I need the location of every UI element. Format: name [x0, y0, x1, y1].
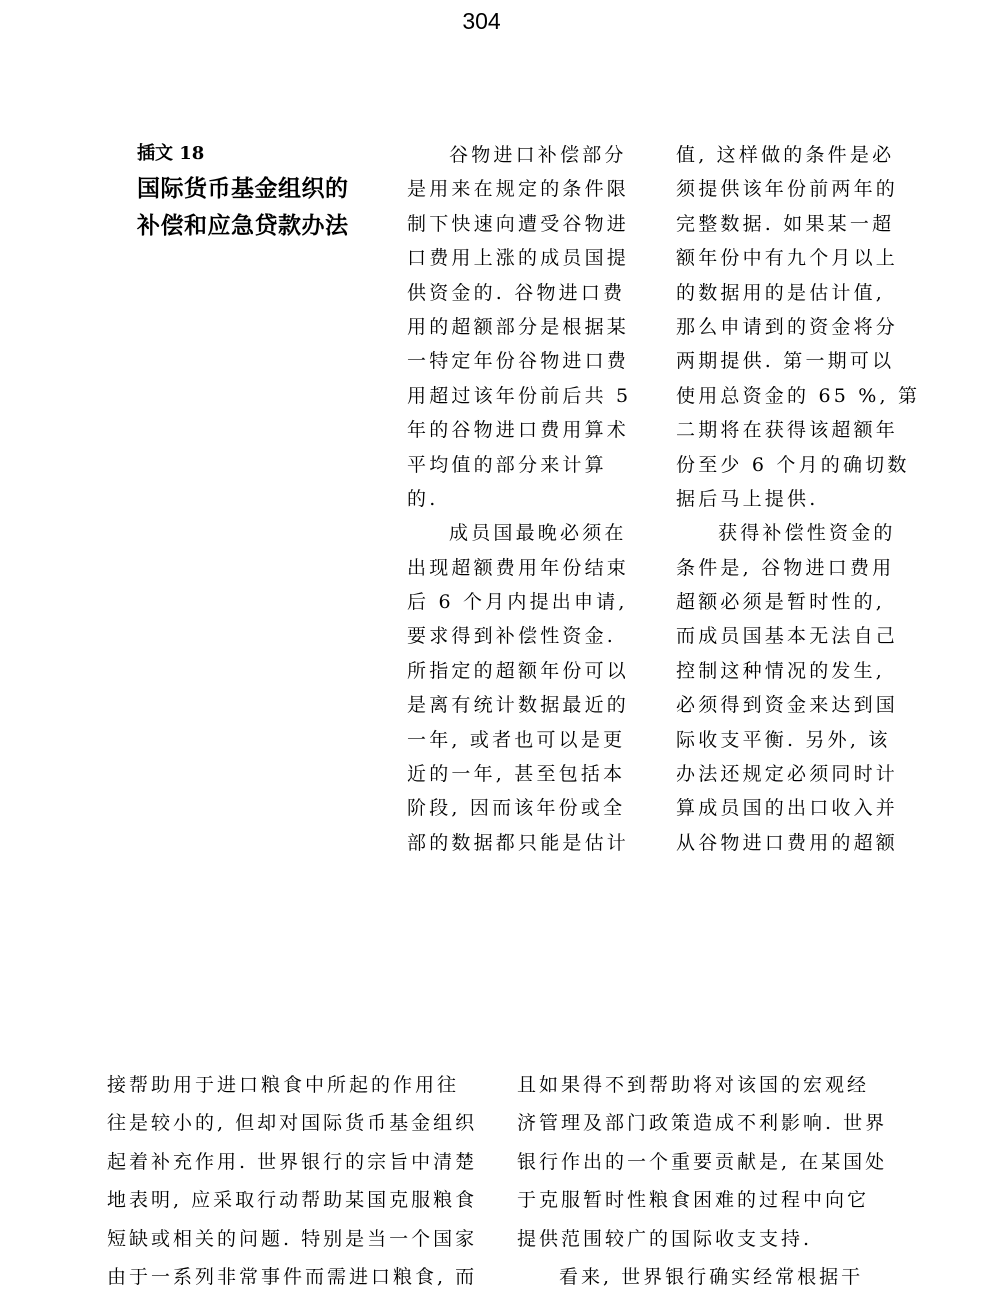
box-text-line: 的数据用的是估计值, — [676, 276, 906, 310]
box-text-line: 必须得到资金来达到国 — [676, 688, 906, 722]
page-number: 304 — [0, 8, 963, 35]
box-text-line: 要求得到补偿性资金. — [407, 619, 637, 653]
box-text-line: 办法还规定必须同时计 — [676, 757, 906, 791]
body-text-line: 银行作出的一个重要贡献是, 在某国处 — [517, 1143, 887, 1181]
box-text-line: 的. — [407, 482, 637, 516]
box-text-line: 阶段, 因而该年份或全 — [407, 791, 637, 825]
box-text-line: 用的超额部分是根据某 — [407, 310, 637, 344]
box-text-line: 那么申请到的资金将分 — [676, 310, 906, 344]
box-title-line-2: 补偿和应急贷款办法 — [137, 208, 397, 245]
box-text-line: 使用总资金的 65 %, 第 — [676, 379, 906, 413]
box-text-line: 供资金的. 谷物进口费 — [407, 276, 637, 310]
box-text-line: 部的数据都只能是估计 — [407, 826, 637, 860]
box-column-b: 值, 这样做的条件是必须提供该年份前两年的完整数据. 如果某一超额年份中有九个月… — [676, 138, 906, 860]
body-column-right: 且如果得不到帮助将对该国的宏观经济管理及部门政策造成不利影响. 世界银行作出的一… — [517, 1066, 887, 1296]
body-text-line: 起着补充作用. 世界银行的宗旨中清楚 — [107, 1143, 477, 1181]
body-text-line: 短缺或相关的问题. 特别是当一个国家 — [107, 1220, 477, 1258]
box-label: 插文 18 — [137, 141, 397, 167]
box-text-line: 从谷物进口费用的超额 — [676, 826, 906, 860]
box-text-line: 平均值的部分来计算 — [407, 448, 637, 482]
box-text-line: 一年, 或者也可以是更 — [407, 723, 637, 757]
body-text-line: 接帮助用于进口粮食中所起的作用往 — [107, 1066, 477, 1104]
box-text-line: 而成员国基本无法自己 — [676, 619, 906, 653]
box-text-line: 用超过该年份前后共 5 — [407, 379, 637, 413]
box-text-line: 超额必须是暂时性的, — [676, 585, 906, 619]
box-text-line: 所指定的超额年份可以 — [407, 654, 637, 688]
box-text-line: 值, 这样做的条件是必 — [676, 138, 906, 172]
box-text-line: 据后马上提供. — [676, 482, 906, 516]
box-text-line: 后 6 个月内提出申请, — [407, 585, 637, 619]
box-text-line: 际收支平衡. 另外, 该 — [676, 723, 906, 757]
body-text-line: 提供范围较广的国际收支支持. — [517, 1220, 887, 1258]
body-text-line: 且如果得不到帮助将对该国的宏观经 — [517, 1066, 887, 1104]
box-text-line: 是用来在规定的条件限 — [407, 172, 637, 206]
box-text-line: 是离有统计数据最近的 — [407, 688, 637, 722]
box-text-line: 须提供该年份前两年的 — [676, 172, 906, 206]
body-text-line: 由于一系列非常事件而需进口粮食, 而 — [107, 1258, 477, 1296]
box-text-line: 条件是, 谷物进口费用 — [676, 551, 906, 585]
box-title-line-1: 国际货币基金组织的 — [137, 171, 397, 208]
box-column-a: 谷物进口补偿部分是用来在规定的条件限制下快速向遭受谷物进口费用上涨的成员国提供资… — [407, 138, 637, 860]
body-text-line: 济管理及部门政策造成不利影响. 世界 — [517, 1104, 887, 1142]
box-text-line: 算成员国的出口收入并 — [676, 791, 906, 825]
box-text-line: 一特定年份谷物进口费 — [407, 344, 637, 378]
box-text-line: 额年份中有九个月以上 — [676, 241, 906, 275]
box-text-line: 谷物进口补偿部分 — [407, 138, 637, 172]
box-text-line: 年的谷物进口费用算术 — [407, 413, 637, 447]
box-text-line: 成员国最晚必须在 — [407, 516, 637, 550]
box-text-line: 控制这种情况的发生, — [676, 654, 906, 688]
box-text-line: 完整数据. 如果某一超 — [676, 207, 906, 241]
body-column-left: 接帮助用于进口粮食中所起的作用往往是较小的, 但却对国际货币基金组织起着补充作用… — [107, 1066, 477, 1296]
box-text-line: 近的一年, 甚至包括本 — [407, 757, 637, 791]
box-text-line: 份至少 6 个月的确切数 — [676, 448, 906, 482]
box-text-line: 出现超额费用年份结束 — [407, 551, 637, 585]
box-text-line: 两期提供. 第一期可以 — [676, 344, 906, 378]
body-text-line: 往是较小的, 但却对国际货币基金组织 — [107, 1104, 477, 1142]
body-text-line: 地表明, 应采取行动帮助某国克服粮食 — [107, 1181, 477, 1219]
box-text-line: 获得补偿性资金的 — [676, 516, 906, 550]
body-text-line: 看来, 世界银行确实经常根据干 — [517, 1258, 887, 1296]
box-text-line: 制下快速向遭受谷物进 — [407, 207, 637, 241]
box-text-line: 口费用上涨的成员国提 — [407, 241, 637, 275]
box-text-line: 二期将在获得该超额年 — [676, 413, 906, 447]
body-text-line: 于克服暂时性粮食困难的过程中向它 — [517, 1181, 887, 1219]
box-heading: 插文 18 国际货币基金组织的 补偿和应急贷款办法 — [137, 141, 397, 245]
